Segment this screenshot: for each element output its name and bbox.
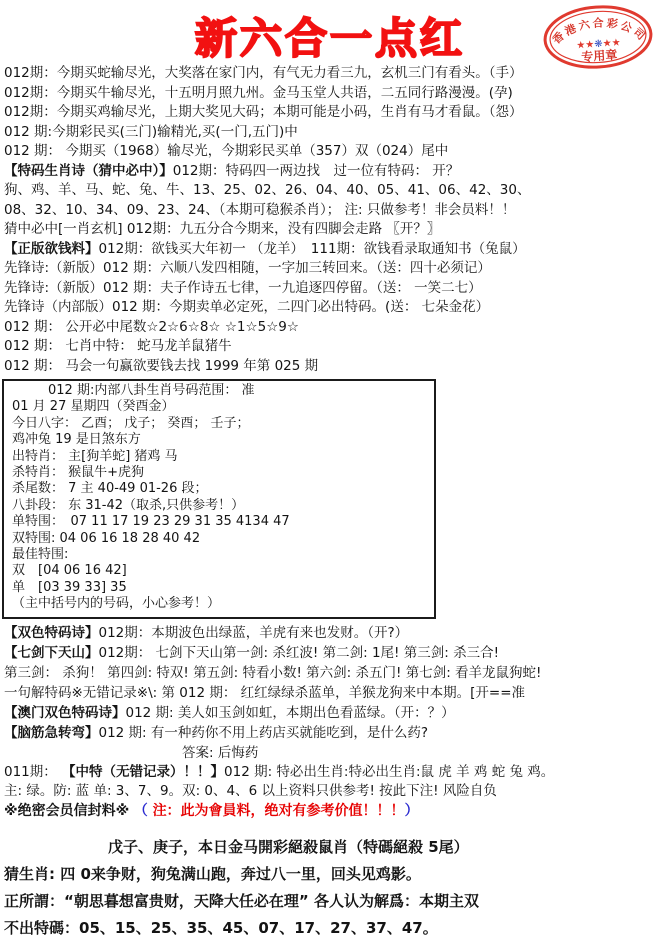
tip-line: 08、32、10、34、09、23、24、（本期可稳猴杀肖）； 注: 只做参考！… <box>0 201 660 221</box>
color-advice-line: 主: 绿。防: 蓝 单: 3、7、9。双: 0、4、6 以上资料只供参考! 按此… <box>0 782 660 802</box>
bagua-line: 八卦段： 东 31-42（取杀,只供参考！） <box>12 498 432 514</box>
poem-line-text: 012 期: 有一种药你不用上药店买就能吃到，是什么药? <box>99 725 429 741</box>
bagua-line: 杀尾数： 7 主 40-49 01-26 段； <box>12 481 432 497</box>
tip-line: 012期：今期买鸡输尽光，上期大奖见大码；本期可能是小码，生肖有马才看鼠。（怨） <box>0 103 660 123</box>
bagua-line: 01 月 27 星期四（癸酉金） <box>12 399 432 415</box>
poem-line-text: 012 期: 美人如玉剑如虹，本期出色看蓝绿。（开：？） <box>126 705 455 721</box>
poem-line-text: 一句解特码※无错记录※\: 第 012 期： 红红绿绿杀蓝单，羊猴龙狗来中本期。… <box>4 685 525 701</box>
tip-line-text: 012期：今期买牛输尽光，十五明月照九州。金马玉堂人共语，二五同行路漫漫。(孕) <box>4 85 513 101</box>
tip-line: 【特码生肖诗（猜中必中）】012期：特码四一两边找 过一位有特码： 开？ <box>0 162 660 182</box>
tip-line-text: 012 期： 七肖中特： 蛇马龙羊鼠猪牛 <box>4 338 232 354</box>
poem-line: 【双色特码诗】012期：本期波色出绿蓝，羊虎有来也发财。（开?） <box>0 623 660 643</box>
tip-line-text: 狗、鸡、羊、马、蛇、兔、牛、13、25、02、26、04、40、05、41、06… <box>4 182 530 198</box>
footer-line: 不出特碼：05、15、25、35、45、07、17、27、37、47。 <box>0 915 660 940</box>
tip-line: 先锋诗:（新版）012 期：夫子作诗五七律，一九追逐四停留。（送： 一笑二七） <box>0 279 660 299</box>
zhongte-header: 【中特（无错记录）！！】 <box>69 764 224 780</box>
tip-line: 012 期:今期彩民买(三门)输精光,买(一门,五门)中 <box>0 123 660 143</box>
poem-line-header: 【澳门双色特码诗】 <box>4 705 126 721</box>
tip-sheet-page: 新六合一点红 香港六合彩公司 ★★❋★★ 专用章 012期：今期买蛇输尽光，大奖… <box>0 0 660 940</box>
poem-line: 【澳门双色特码诗】012 期: 美人如玉剑如虹，本期出色看蓝绿。（开：？） <box>0 703 660 723</box>
bagua-line: 单 [03 39 33] 35 <box>12 580 432 596</box>
zhongte-line: 011期：【中特（无错记录）！！】012 期: 特必出生肖:特必出生肖:鼠 虎 … <box>0 763 660 783</box>
footer-section: 戊子、庚子，本日金马開彩絕殺鼠肖（特碼絕殺 5尾） 猜生肖: 四 0来争财，狗兔… <box>0 834 660 940</box>
zhongte-text: 012 期: 特必出生肖:特必出生肖:鼠 虎 羊 鸡 蛇 兔 鸡。 <box>224 764 554 780</box>
tip-line: 012 期： 公开必中尾数☆2☆6☆8☆ ☆1☆5☆9☆ <box>0 318 660 338</box>
tip-line-text: 012 期： 马会一句赢欲要钱去找 1999 年第 025 期 <box>4 358 318 374</box>
tip-line: 狗、鸡、羊、马、蛇、兔、牛、13、25、02、26、04、40、05、41、06… <box>0 181 660 201</box>
member-note-body: 注：此为會員料，绝对有参考价值！！！ <box>153 803 405 819</box>
poem-section: 【双色特码诗】012期：本期波色出绿蓝，羊虎有来也发财。（开?） 【七剑下天山】… <box>0 623 660 763</box>
bagua-line: 杀特肖： 猴鼠牛+虎狗 <box>12 465 432 481</box>
footer-line: 正所謂：“朝思暮想富贵财，天降大任必在理” 各人认为解爲：本期主双 <box>0 888 660 915</box>
poem-line: 第三剑： 杀狗！ 第四剑: 特双! 第五剑: 特看小数! 第六剑: 杀五门! 第… <box>0 663 660 683</box>
tip-line-header: 【特码生肖诗（猜中必中）】 <box>4 163 173 179</box>
tip-line-text: 先锋诗:（新版）012 期：六顺八发四相随，一字加三转回来。（送：四十必须记） <box>4 260 491 276</box>
tip-line: 012 期： 七肖中特： 蛇马龙羊鼠猪牛 <box>0 337 660 357</box>
bagua-line: 双特围: 04 06 16 18 28 40 42 <box>12 531 432 547</box>
poem-line: 一句解特码※无错记录※\: 第 012 期： 红红绿绿杀蓝单，羊猴龙狗来中本期。… <box>0 683 660 703</box>
bagua-line: 鸡冲兔 19 是日煞东方 <box>12 432 432 448</box>
intro-section: 012期：今期买蛇输尽光，大奖落在家门内，有气无力看三九，玄机三门有看头。（手）… <box>0 64 660 376</box>
poem-line-text: 012期： 七剑下天山第一剑: 杀红波! 第二剑: 1尾! 第三剑: 杀三合! <box>99 645 499 661</box>
member-note-prefix: ※绝密会员信封料※ <box>4 803 129 819</box>
poem-line: 【脑筋急转弯】012 期: 有一种药你不用上药店买就能吃到，是什么药? <box>0 723 660 743</box>
tip-line-header: 【正版欲钱料】 <box>4 241 99 257</box>
zhongte-prefix: 011期： <box>4 764 69 780</box>
poem-line-text: 012期：本期波色出绿蓝，羊虎有来也发财。（开?） <box>99 625 409 641</box>
member-note-open-bracket: （ <box>134 803 153 819</box>
poem-line-header: 【七剑下天山】 <box>4 645 99 661</box>
tip-line: 012期：今期买牛输尽光，十五明月照九州。金马玉堂人共语，二五同行路漫漫。(孕) <box>0 84 660 104</box>
poem-line-header: 【双色特码诗】 <box>4 625 99 641</box>
riddle-answer: 答案: 后悔药 <box>0 743 660 763</box>
tip-line-text: 012 期： 今期买（1968）输尽光，今期彩民买单（357）双（024）尾中 <box>4 143 448 159</box>
member-note: ※绝密会员信封料※ （ 注：此为會員料，绝对有参考价值！！！） <box>0 802 660 822</box>
bagua-line: 单特围： 07 11 17 19 23 29 31 35 4134 47 <box>12 514 432 530</box>
bagua-line: 今日八字： 乙酉； 戊子； 癸酉； 壬子； <box>12 416 432 432</box>
bagua-line: （主中括号内的号码，小心参考！） <box>12 596 432 612</box>
tip-line-text: 012期：今期买鸡输尽光，上期大奖见大码；本期可能是小码，生肖有马才看鼠。（怨） <box>4 104 523 120</box>
poem-line-text: 第三剑： 杀狗！ 第四剑: 特双! 第五剑: 特看小数! 第六剑: 杀五门! 第… <box>4 665 541 681</box>
footer-line: 戊子、庚子，本日金马開彩絕殺鼠肖（特碼絕殺 5尾） <box>0 834 660 861</box>
tip-line-text: 012 期:今期彩民买(三门)输精光,买(一门,五门)中 <box>4 124 298 140</box>
page-title: 新六合一点红 <box>170 10 490 64</box>
poem-line-header: 【脑筋急转弯】 <box>4 725 99 741</box>
bagua-line: 最佳特围: <box>12 547 432 563</box>
tip-line-text: 08、32、10、34、09、23、24、（本期可稳猴杀肖）； 注: 只做参考！… <box>4 202 515 218</box>
header: 新六合一点红 香港六合彩公司 ★★❋★★ 专用章 <box>0 0 660 64</box>
tip-line-text: 012期：欲钱买大年初一 （龙羊） 111期：欲钱看录取通知书（兔鼠） <box>99 241 526 257</box>
footer-line: 猜生肖: 四 0来争财，狗兔满山跑，奔过八一里，回头见鸡影。 <box>0 861 660 888</box>
tip-line-text: 猜中必中[一肖玄机] 012期：九五分合今期来，没有四脚会走路 〖开？〗 <box>4 221 440 237</box>
poem-line: 【七剑下天山】012期： 七剑下天山第一剑: 杀红波! 第二剑: 1尾! 第三剑… <box>0 643 660 663</box>
member-note-close-bracket: ） <box>405 803 419 819</box>
bagua-line: 出特肖： 主[狗羊蛇] 猪鸡 马 <box>12 449 432 465</box>
tip-line: 猜中必中[一肖玄机] 012期：九五分合今期来，没有四脚会走路 〖开？〗 <box>0 220 660 240</box>
tip-line-text: 先锋诗:（新版）012 期：夫子作诗五七律，一九追逐四停留。（送： 一笑二七） <box>4 280 482 296</box>
tip-line: 012 期： 今期买（1968）输尽光，今期彩民买单（357）双（024）尾中 <box>0 142 660 162</box>
page-title-text: 新六合一点红 <box>195 14 465 63</box>
tip-line-text: 012期：特码四一两边找 过一位有特码： 开？ <box>173 163 460 179</box>
tip-line-text: 先锋诗（内部版）012 期：今期卖单必定死，二四门必出特码。(送： 七朵金花） <box>4 299 489 315</box>
bagua-line: 012 期:内部八卦生肖号码范围： 准 <box>12 383 432 399</box>
company-stamp: 香港六合彩公司 ★★❋★★ 专用章 <box>540 0 656 74</box>
stamp-bottom-text: 专用章 <box>581 47 618 64</box>
bagua-line: 双 [04 06 16 42] <box>12 563 432 579</box>
tip-line: 【正版欲钱料】012期：欲钱买大年初一 （龙羊） 111期：欲钱看录取通知书（兔… <box>0 240 660 260</box>
tip-line-text: 012 期： 公开必中尾数☆2☆6☆8☆ ☆1☆5☆9☆ <box>4 319 299 335</box>
tip-line: 先锋诗:（新版）012 期：六顺八发四相随，一字加三转回来。（送：四十必须记） <box>0 259 660 279</box>
tip-line: 先锋诗（内部版）012 期：今期卖单必定死，二四门必出特码。(送： 七朵金花） <box>0 298 660 318</box>
bagua-box: 012 期:内部八卦生肖号码范围： 准 01 月 27 星期四（癸酉金） 今日八… <box>2 379 436 619</box>
tip-line: 012 期： 马会一句赢欲要钱去找 1999 年第 025 期 <box>0 357 660 377</box>
